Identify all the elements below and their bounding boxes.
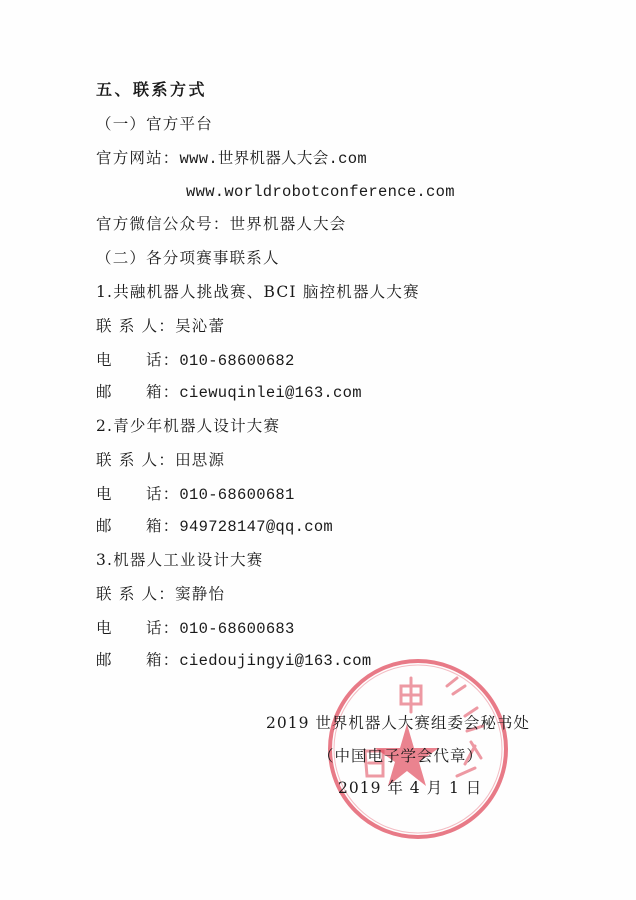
email-value: ciewuqinlei@163.com <box>179 384 361 402</box>
email-value: ciedoujingyi@163.com <box>179 652 371 670</box>
event-title-1: 1.共融机器人挑战赛、BCI 脑控机器人大赛 <box>96 282 420 302</box>
email-label-char-1: 邮 <box>96 516 146 536</box>
email-label-char-1: 邮 <box>96 650 146 670</box>
document-page: 五、联系方式 （一）官方平台 官方网站：www.世界机器人大会.com www.… <box>0 0 636 900</box>
phone-value: 010-68600682 <box>179 352 294 370</box>
section-title: 五、联系方式 <box>96 80 207 100</box>
phone-label-char-1: 电 <box>96 350 146 370</box>
email-line-2: 邮箱：949728147@qq.com <box>96 516 333 537</box>
phone-label-char-2: 话： <box>146 351 179 369</box>
phone-value: 010-68600683 <box>179 620 294 638</box>
contact-label: 联 系 人： <box>96 451 175 469</box>
email-label-char-1: 邮 <box>96 382 146 402</box>
contact-person-line-2: 联 系 人：田思源 <box>96 450 225 470</box>
phone-value: 010-68600681 <box>179 486 294 504</box>
signature-organization: 2019 世界机器人大赛组委会秘书处 <box>266 713 530 733</box>
website-value-2: www.worldrobotconference.com <box>186 182 455 202</box>
wechat-label: 官方微信公众号： <box>96 215 230 233</box>
contact-label: 联 系 人： <box>96 585 175 603</box>
subsection-contacts-title: （二）各分项赛事联系人 <box>96 248 280 268</box>
website-value-1: www.世界机器人大会.com <box>180 150 367 168</box>
wechat-value: 世界机器人大会 <box>230 215 347 233</box>
email-line-1: 邮箱：ciewuqinlei@163.com <box>96 382 362 403</box>
subsection-official-platform-title: （一）官方平台 <box>96 114 213 134</box>
phone-line-1: 电话：010-68600682 <box>96 350 295 371</box>
email-label-char-2: 箱： <box>146 651 179 669</box>
phone-label-char-2: 话： <box>146 485 179 503</box>
contact-name: 窦静怡 <box>175 585 225 603</box>
signature-date: 2019 年 4 月 1 日 <box>338 778 482 798</box>
phone-label-char-1: 电 <box>96 618 146 638</box>
phone-line-3: 电话：010-68600683 <box>96 618 295 639</box>
contact-person-line-3: 联 系 人：窦静怡 <box>96 584 225 604</box>
contact-label: 联 系 人： <box>96 317 175 335</box>
website-label: 官方网站： <box>96 149 180 167</box>
email-line-3: 邮箱：ciedoujingyi@163.com <box>96 650 371 671</box>
phone-label-char-1: 电 <box>96 484 146 504</box>
contact-person-line-1: 联 系 人：吴沁蕾 <box>96 316 225 336</box>
event-title-2: 2.青少年机器人设计大赛 <box>96 416 280 436</box>
contact-name: 田思源 <box>175 451 225 469</box>
signature-seal-note: （中国电子学会代章） <box>318 746 483 766</box>
event-title-3: 3.机器人工业设计大赛 <box>96 550 264 570</box>
phone-line-2: 电话：010-68600681 <box>96 484 295 505</box>
phone-label-char-2: 话： <box>146 619 179 637</box>
email-value: 949728147@qq.com <box>179 518 333 536</box>
contact-name: 吴沁蕾 <box>175 317 225 335</box>
website-line: 官方网站：www.世界机器人大会.com <box>96 148 367 169</box>
email-label-char-2: 箱： <box>146 517 179 535</box>
email-label-char-2: 箱： <box>146 383 179 401</box>
wechat-line: 官方微信公众号：世界机器人大会 <box>96 214 347 234</box>
